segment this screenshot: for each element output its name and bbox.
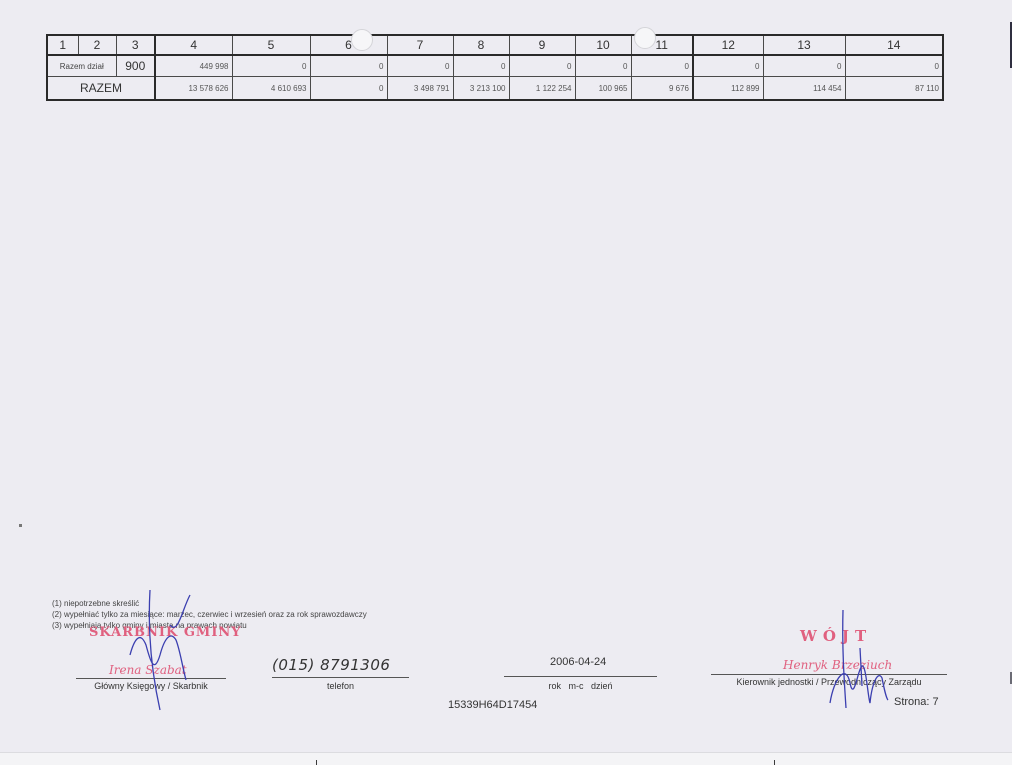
column-header: 12 [693,35,763,55]
punch-hole [351,29,373,51]
column-header: 14 [845,35,943,55]
table-cell: 114 454 [763,77,845,101]
head-signature [820,608,900,713]
table-cell: 3 213 100 [453,77,509,101]
phone-caption: telefon [272,681,409,691]
table-cell: 0 [845,55,943,77]
edge-tick [316,760,317,765]
table-cell: 0 [693,55,763,77]
table-row-section-total: Razem dział 900 449 998 0 0 0 0 0 0 0 0 … [47,55,943,77]
column-header: 10 [575,35,631,55]
column-header: 13 [763,35,845,55]
table-cell: 449 998 [155,55,232,77]
footnote-2: (2) wypełniać tylko za miesiące: marzec,… [52,609,367,620]
table-cell: 112 899 [693,77,763,101]
column-header: 3 [116,35,155,55]
date-value: 2006-04-24 [550,656,606,668]
date-line [504,676,657,677]
table-cell: 0 [387,55,453,77]
report-table: 1 2 3 4 5 6 7 8 9 10 11 12 13 14 Razem d… [46,34,944,101]
treasurer-signature [120,585,200,715]
table-cell: 100 965 [575,77,631,101]
phone-value: (015) 8791306 [272,656,390,674]
table-cell: 0 [310,55,387,77]
table-cell: 0 [453,55,509,77]
scan-speck [19,524,22,527]
column-header: 4 [155,35,232,55]
table-cell: 0 [232,55,310,77]
column-header: 7 [387,35,453,55]
table-cell: 0 [509,55,575,77]
column-header: 2 [78,35,116,55]
footnote-1: (1) niepotrzebne skreślić [52,598,367,609]
table-row-grand-total: RAZEM 13 578 626 4 610 693 0 3 498 791 3… [47,77,943,101]
punch-hole [634,27,656,49]
table-cell: 0 [575,55,631,77]
edge-tick [774,760,775,765]
table-cell: 0 [763,55,845,77]
section-label: Razem dział [47,55,116,77]
column-header-row: 1 2 3 4 5 6 7 8 9 10 11 12 13 14 [47,35,943,55]
table-cell: 3 498 791 [387,77,453,101]
column-header: 5 [232,35,310,55]
date-caption: rok m-c dzień [504,681,657,691]
table-cell: 87 110 [845,77,943,101]
column-header: 1 [47,35,78,55]
column-header: 9 [509,35,575,55]
table-cell: 9 676 [631,77,693,101]
page-number: Strona: 7 [894,696,939,708]
document-code: 15339H64D17454 [448,699,537,711]
table-cell: 1 122 254 [509,77,575,101]
grand-total-label: RAZEM [47,77,155,101]
column-header: 6 [310,35,387,55]
column-header: 8 [453,35,509,55]
table-cell: 0 [310,77,387,101]
table-cell: 13 578 626 [155,77,232,101]
page-bottom-edge [0,752,1012,765]
table-cell: 0 [631,55,693,77]
table-cell: 4 610 693 [232,77,310,101]
phone-line [272,677,409,678]
section-code: 900 [116,55,155,77]
